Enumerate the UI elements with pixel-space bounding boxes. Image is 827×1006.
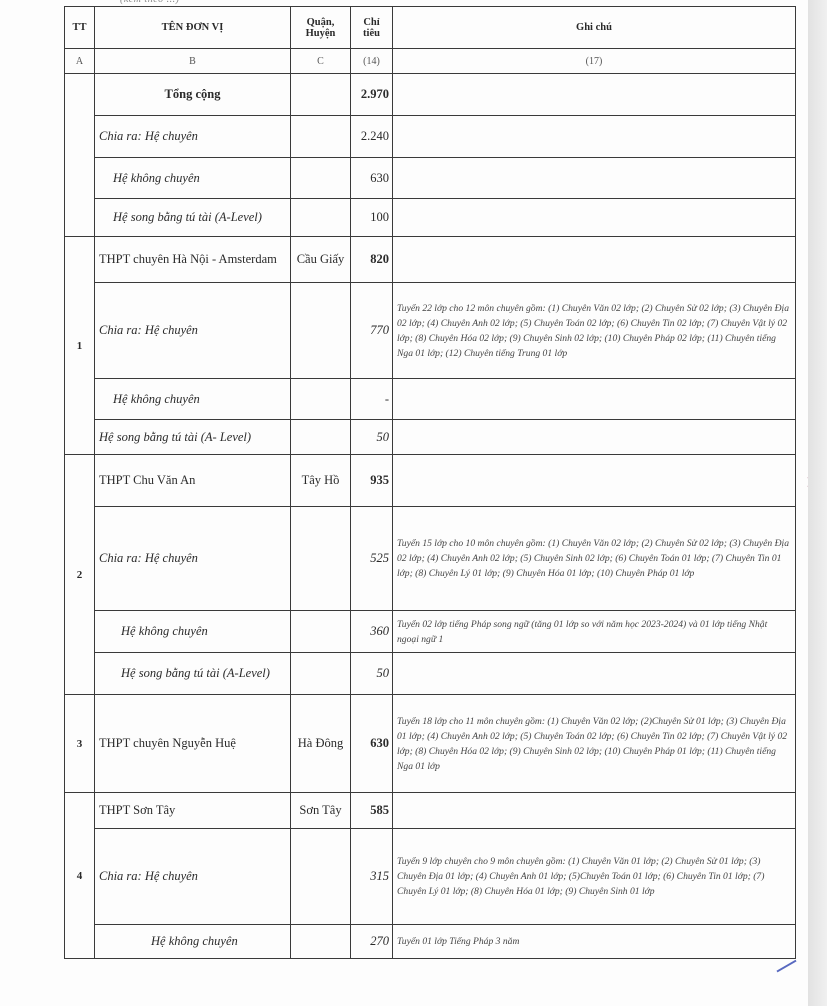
header-note: Ghi chú (393, 7, 796, 49)
total-label: Tổng cộng (95, 74, 291, 116)
school-subrow: Hệ không chuyên 360 Tuyển 02 lớp tiếng P… (65, 611, 796, 653)
school-index: 1 (65, 237, 95, 455)
school-district: Cầu Giấy (291, 237, 351, 283)
school-name: THPT chuyên Nguyễn Huệ (95, 695, 291, 793)
subrow-note (393, 420, 796, 455)
school-subrow: Hệ không chuyên 270 Tuyển 01 lớp Tiếng P… (65, 925, 796, 959)
school-row: 1 THPT chuyên Hà Nội - Amsterdam Cầu Giấ… (65, 237, 796, 283)
code-district: C (291, 49, 351, 74)
subrow-note: Tuyển 15 lớp cho 10 môn chuyên gồm: (1) … (393, 507, 796, 611)
code-note: (17) (393, 49, 796, 74)
subrow-label: Hệ song bằng tú tài (A-Level) (95, 653, 291, 695)
header-quota: Chỉ tiêu (351, 7, 393, 49)
school-name: THPT Sơn Tây (95, 793, 291, 829)
school-index: 3 (65, 695, 95, 793)
school-row: 3 THPT chuyên Nguyễn Huệ Hà Đông 630 Tuy… (65, 695, 796, 793)
school-subrow: Chia ra: Hệ chuyên 315 Tuyển 9 lớp chuyê… (65, 829, 796, 925)
breakdown-quota: 2.240 (351, 116, 393, 158)
school-subrow: Hệ song bằng tú tài (A- Level) 50 (65, 420, 796, 455)
subrow-quota: 315 (351, 829, 393, 925)
school-district: Tây Hồ (291, 455, 351, 507)
school-subrow: Chia ra: Hệ chuyên 770 Tuyển 22 lớp cho … (65, 283, 796, 379)
total-breakdown-row: Hệ song bằng tú tài (A-Level) 100 (65, 199, 796, 237)
school-index: 4 (65, 793, 95, 959)
header-tt: TT (65, 7, 95, 49)
school-subrow: Hệ không chuyên - (65, 379, 796, 420)
subrow-label: Hệ song bằng tú tài (A- Level) (95, 420, 291, 455)
header-name: TÊN ĐƠN VỊ (95, 7, 291, 49)
school-note: Tuyển 18 lớp cho 11 môn chuyên gồm: (1) … (393, 695, 796, 793)
header-row: TT TÊN ĐƠN VỊ Quận, Huyện Chỉ tiêu Ghi c… (65, 7, 796, 49)
subrow-quota: 270 (351, 925, 393, 959)
top-caption: (kèm theo ...) (120, 0, 179, 5)
total-quota: 2.970 (351, 74, 393, 116)
school-subrow: Hệ song bằng tú tài (A-Level) 50 (65, 653, 796, 695)
subrow-quota: 770 (351, 283, 393, 379)
total-tt-cell (65, 74, 95, 237)
header-code-row: A B C (14) (17) (65, 49, 796, 74)
subrow-note (393, 653, 796, 695)
total-breakdown-row: Chia ra: Hệ chuyên 2.240 (65, 116, 796, 158)
school-quota: 935 (351, 455, 393, 507)
subrow-label: Chia ra: Hệ chuyên (95, 829, 291, 925)
subrow-label: Hệ không chuyên (95, 925, 291, 959)
breakdown-label: Hệ không chuyên (95, 158, 291, 199)
breakdown-label: Chia ra: Hệ chuyên (95, 116, 291, 158)
school-quota: 630 (351, 695, 393, 793)
quota-table: TT TÊN ĐƠN VỊ Quận, Huyện Chỉ tiêu Ghi c… (64, 6, 796, 959)
school-subrow: Chia ra: Hệ chuyên 525 Tuyển 15 lớp cho … (65, 507, 796, 611)
breakdown-quota: 100 (351, 199, 393, 237)
code-name: B (95, 49, 291, 74)
school-district: Sơn Tây (291, 793, 351, 829)
subrow-label: Hệ không chuyên (95, 611, 291, 653)
code-tt: A (65, 49, 95, 74)
school-quota: 820 (351, 237, 393, 283)
school-district: Hà Đông (291, 695, 351, 793)
subrow-quota: 50 (351, 420, 393, 455)
subrow-note: Tuyển 01 lớp Tiếng Pháp 3 năm (393, 925, 796, 959)
school-quota: 585 (351, 793, 393, 829)
breakdown-label: Hệ song bằng tú tài (A-Level) (95, 199, 291, 237)
subrow-quota: - (351, 379, 393, 420)
subrow-note: Tuyển 22 lớp cho 12 môn chuyên gồm: (1) … (393, 283, 796, 379)
subrow-label: Chia ra: Hệ chuyên (95, 507, 291, 611)
subrow-note: Tuyển 9 lớp chuyên cho 9 môn chuyên gồm:… (393, 829, 796, 925)
total-row: Tổng cộng 2.970 (65, 74, 796, 116)
breakdown-quota: 630 (351, 158, 393, 199)
school-name: THPT Chu Văn An (95, 455, 291, 507)
page-edge (808, 0, 827, 1006)
subrow-label: Chia ra: Hệ chuyên (95, 283, 291, 379)
school-row: 2 THPT Chu Văn An Tây Hồ 935 (65, 455, 796, 507)
total-breakdown-row: Hệ không chuyên 630 (65, 158, 796, 199)
header-district: Quận, Huyện (291, 7, 351, 49)
school-row: 4 THPT Sơn Tây Sơn Tây 585 (65, 793, 796, 829)
code-quota: (14) (351, 49, 393, 74)
subrow-quota: 360 (351, 611, 393, 653)
school-index: 2 (65, 455, 95, 695)
scanned-page: (kèm theo ...) TT TÊN ĐƠN VỊ Quận, Huyện… (0, 0, 808, 1006)
subrow-note: Tuyển 02 lớp tiếng Pháp song ngữ (tăng 0… (393, 611, 796, 653)
school-name: THPT chuyên Hà Nội - Amsterdam (95, 237, 291, 283)
subrow-note (393, 379, 796, 420)
subrow-quota: 50 (351, 653, 393, 695)
subrow-quota: 525 (351, 507, 393, 611)
subrow-label: Hệ không chuyên (95, 379, 291, 420)
